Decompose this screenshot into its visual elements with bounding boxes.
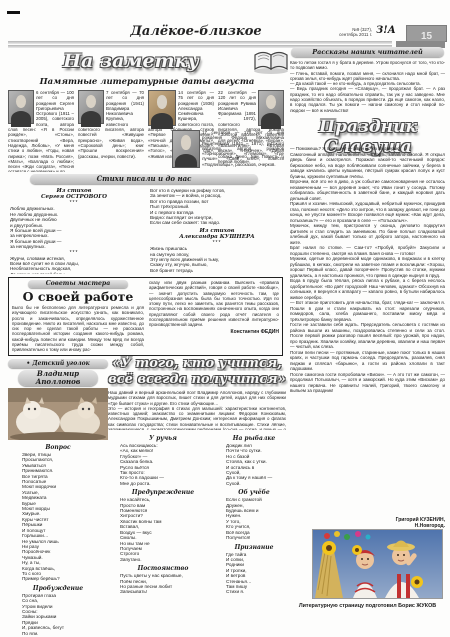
advice-signature: Константин ФЕДИН	[149, 329, 279, 335]
kids-intro: Наш давний и верный архангельский поэт В…	[108, 390, 286, 430]
portrait-fraerman	[258, 90, 284, 126]
poem-body: Не касайтесь, Просто вам Поменяются Хитр…	[112, 497, 214, 562]
page-footer-credit: Литературную страницу подготовил Борис Ж…	[288, 603, 447, 609]
kids-intro-paragraph-2: Это — история и география в стихах для м…	[108, 406, 286, 430]
advice-title: О своей работе	[12, 289, 144, 304]
kids-headline-line1: «У того, кто учится,	[106, 356, 288, 371]
kittens-photo	[8, 388, 108, 440]
section-subhead-dates: Памятные литературные даты августа	[8, 77, 286, 87]
poems-banner: Стихи писали и до нас	[30, 174, 258, 184]
poet-header-ostrovoy: Из стихов Сергея ОСТРОВОГО	[10, 188, 138, 200]
poem-title: Об учёбе	[222, 489, 286, 496]
dates-entry-reshetnikov: 17 сентября — 170 лет со дня рождения Фё…	[202, 130, 284, 170]
poem-kushner-1: Вот кто в сумерки на рифму готов, За зен…	[150, 188, 284, 226]
portrait-reshetnikov	[172, 130, 200, 168]
kids-poems-column-2: У ручья Ась восхищаюсь: «Ах, как мелко! …	[112, 432, 214, 637]
page-number-box: 15	[406, 25, 447, 42]
poet-header-kushner: Из стихов Александра КУШНЕРА	[150, 228, 284, 240]
poem-title: На рыбалке	[222, 435, 286, 442]
advice-banner: Советы мастера	[28, 280, 128, 288]
poem-body: Дождик лил Почти что сутки. Но с базой С…	[222, 443, 286, 486]
issue-info: №9 (327), сентябрь 2011 г.	[328, 27, 372, 38]
newspaper-logo: З!А	[376, 25, 402, 36]
kids-poems-column-1: Вопрос Звери, птицы Просыпаются, Умывать…	[8, 441, 108, 637]
kids-author-banner: Владимир Аполлонов	[18, 370, 98, 386]
advice-text-col2: сказу или двум разным романам. Выяснить …	[149, 280, 279, 328]
poem-kushner-2: Жизнь пришлась на смутную эпоху, Эту мгл…	[150, 246, 284, 274]
poem-title: Постоянство	[112, 565, 214, 572]
open-book-icon	[252, 47, 290, 75]
portrait-ostrovoy	[8, 90, 34, 124]
header-rule-top	[8, 41, 392, 44]
poem-body: Ась восхищаюсь: «Ах, как мелко! Глубоко!…	[112, 443, 214, 486]
advice-box: Советы мастера О своей работе Было бы не…	[8, 277, 283, 356]
date-entry: 17 сентября — 170 лет со дня рождения Фё…	[202, 130, 284, 167]
poems-column-left: Из стихов Сергея ОСТРОВОГО *** Люблю дву…	[10, 188, 138, 274]
portrait-krupin	[78, 90, 104, 124]
registration-mark	[7, 11, 20, 14]
kids-intro-paragraph-1: Наш давний и верный архангельский поэт В…	[108, 390, 286, 406]
poem-ostrovoy-1: Люблю двужильных. Не люблю двудонных. Дв…	[10, 206, 138, 249]
dates-column-2: 7 сентября — 70 лет со дня рождения (194…	[78, 90, 144, 172]
poem-title: Вопрос	[8, 444, 108, 451]
festival-photo	[312, 529, 443, 599]
poems-column-right: Вот кто в сумерки на рифму готов, За зен…	[150, 188, 284, 274]
poem-body: Пусть цветы у нас красивые, Поём песни, …	[112, 573, 214, 595]
poem-body: Протирая глаза Со сна, Утром видели Сосн…	[8, 593, 108, 636]
kids-corner-banner: • Детский уголок	[8, 359, 108, 368]
poem-body: Где тайга И сопки, Родники И тропки, И в…	[222, 552, 286, 595]
poem-title: Пробуждение	[8, 585, 108, 592]
story-signature: Григорий КУЗЕНИН, Н.Новгород.	[290, 517, 445, 529]
poem-body: Звери, птицы Просыпаются, Умываться Прин…	[8, 452, 108, 582]
section-headline-poets: На заметку стихотворцу	[8, 50, 254, 77]
portrait-kushner	[148, 90, 176, 126]
kids-headline-line2: всё всегда получится»	[106, 372, 288, 387]
poem-title: У ручья	[112, 435, 214, 442]
poem-body: Если с грамотой Дружен, Будешь всем и Ну…	[222, 497, 286, 540]
poem-title: Признание	[222, 544, 286, 551]
stories-banner: Рассказы наших читателей	[291, 47, 444, 57]
dates-column-1: 6 сентября — 100 лет со дня рождения Сер…	[8, 90, 74, 172]
advice-text-col1: Было бы не бесполезно для литературного …	[12, 305, 144, 352]
poem-title: Предупреждение	[112, 489, 214, 496]
kids-poems-column-3: На рыбалке Дождик лил Почти что сутки. Н…	[222, 432, 286, 637]
story-intro: Как-то летом гостил я у брата в деревне.…	[290, 60, 445, 115]
story-body: — Поможешь? Я польщён! — Иван исчез за д…	[290, 146, 445, 516]
poem-ostrovoy-2: Журчи, словами истекая, Всем всё сулит н…	[10, 256, 138, 274]
